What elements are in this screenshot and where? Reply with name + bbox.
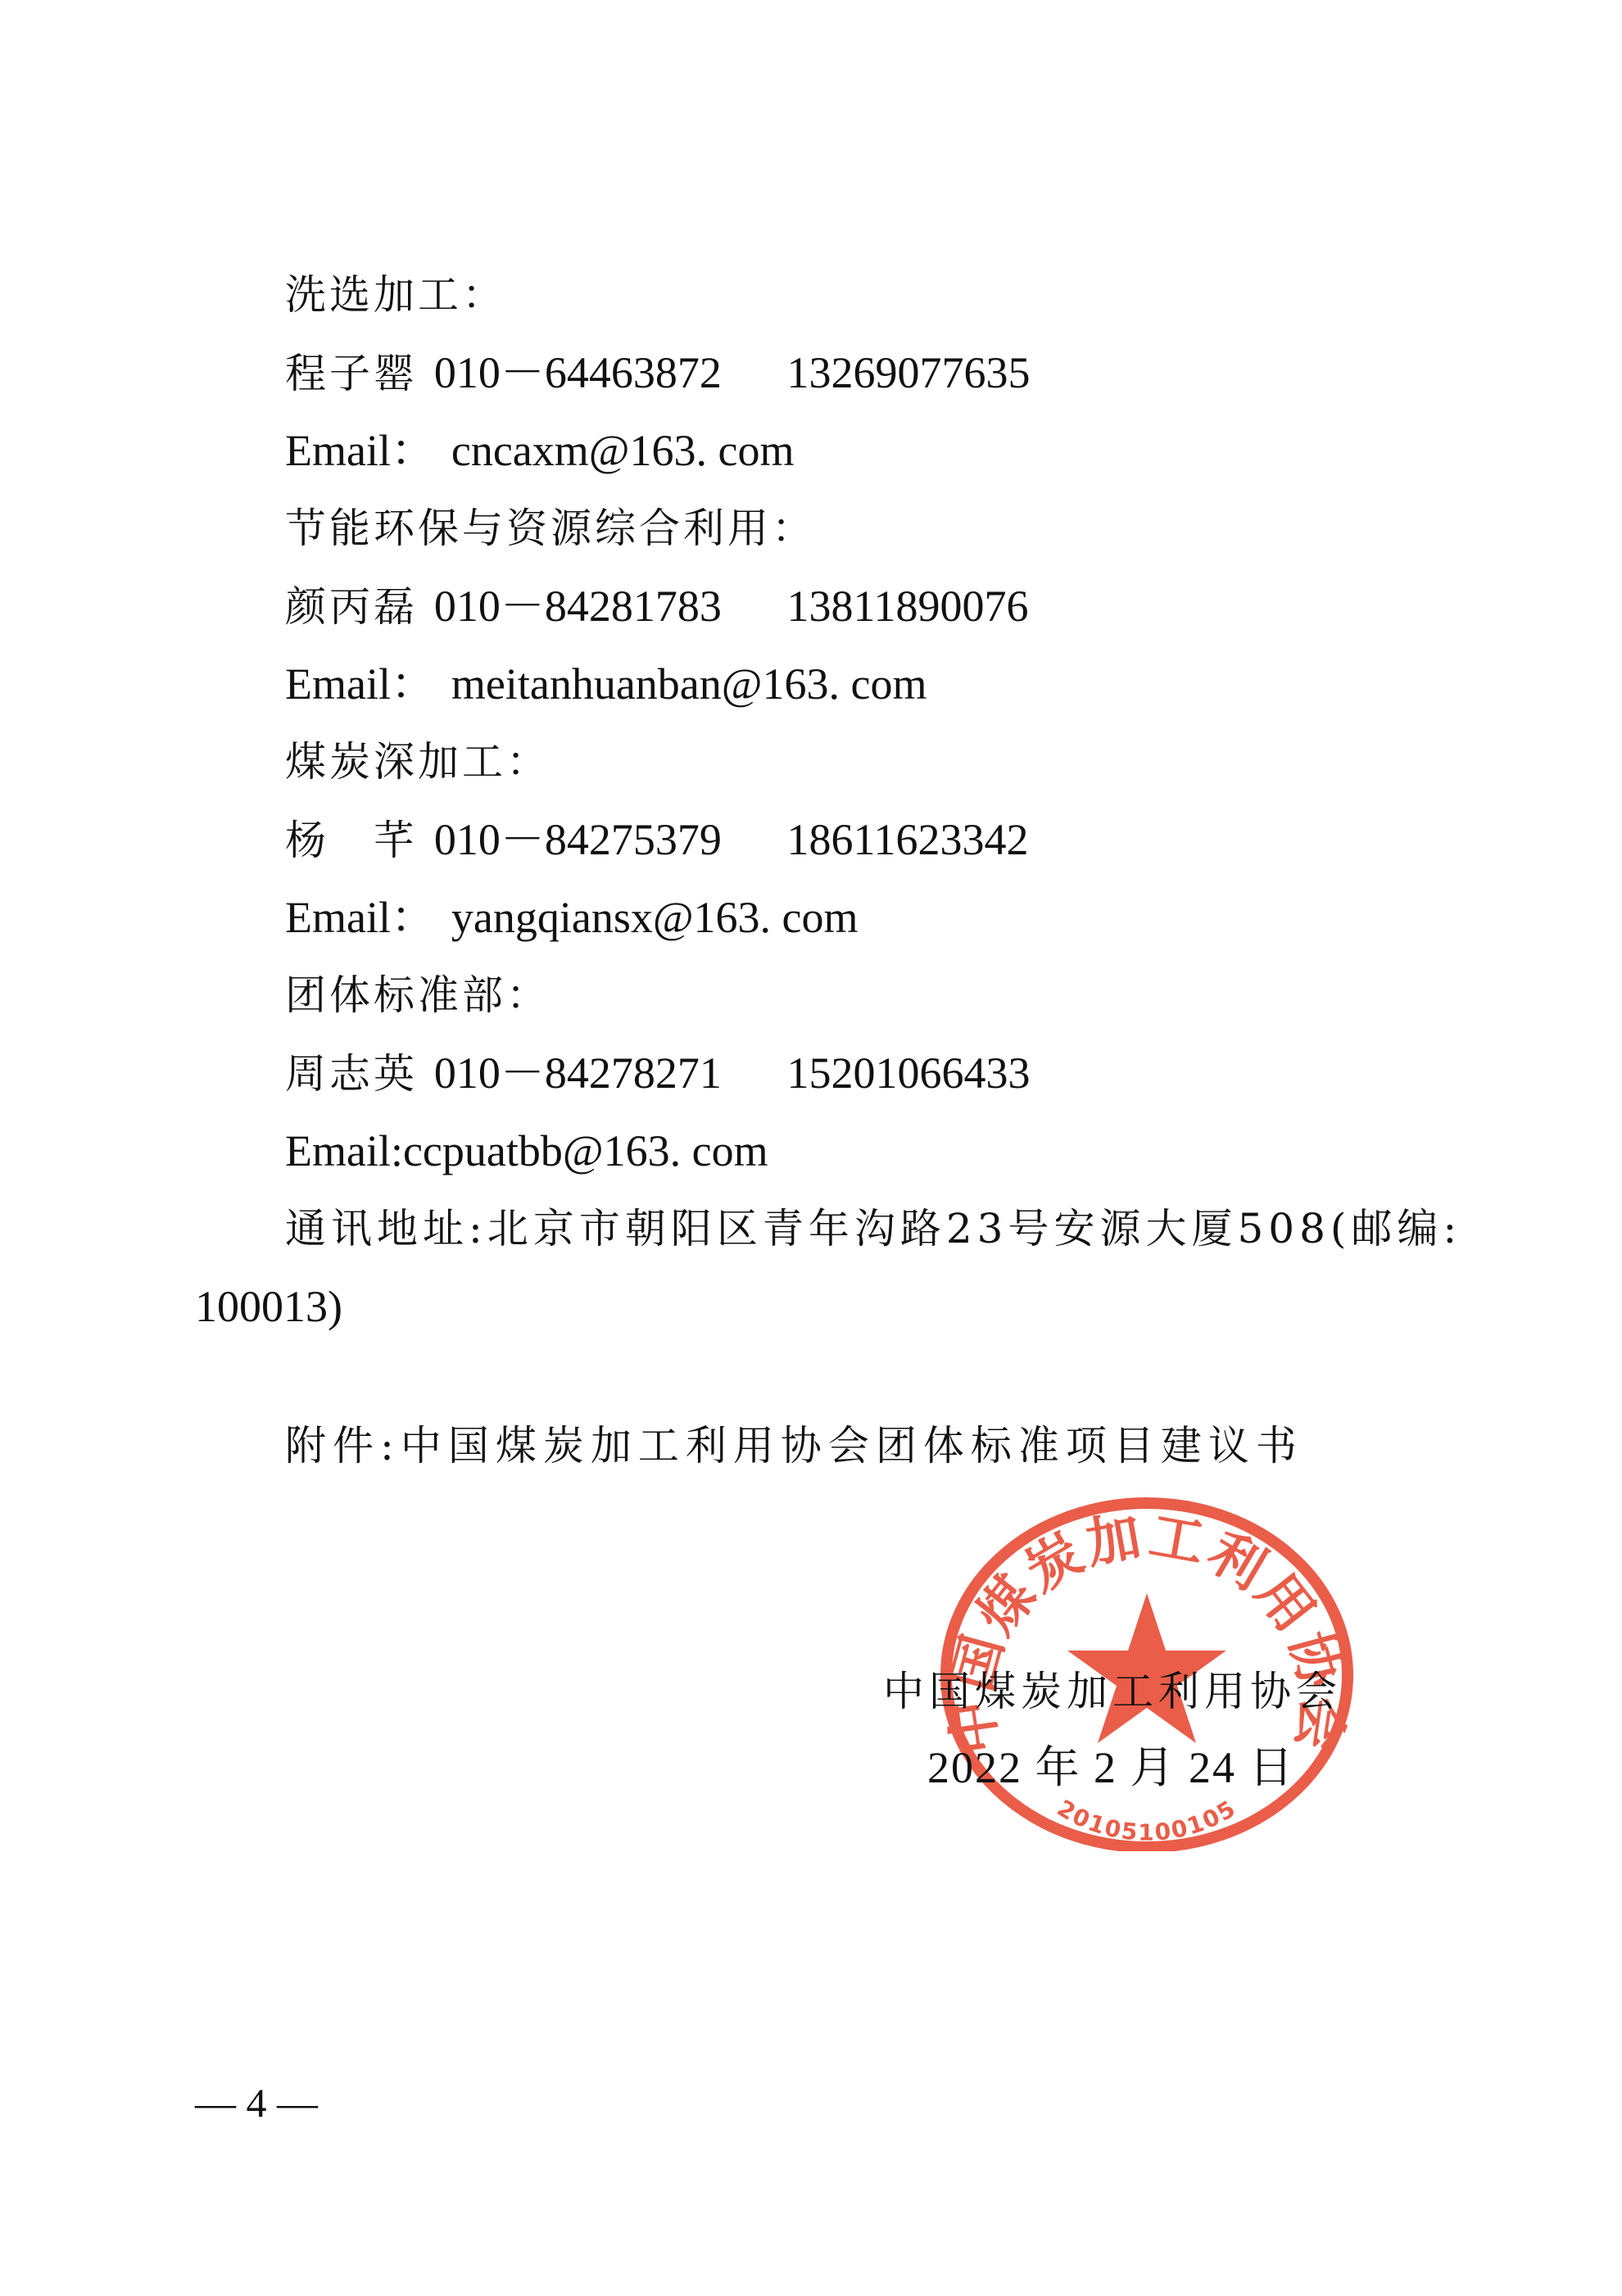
contact-phone: 010－84281783 [434, 582, 722, 631]
email-address: meitanhuanban@163. com [451, 659, 927, 709]
postal-code: 100013) [195, 1282, 342, 1331]
department-heading: 洗选加工： [285, 270, 506, 319]
email-address: cncaxm@163. com [451, 426, 795, 475]
email-label: Email： [285, 659, 435, 709]
department-heading: 团体标准部： [285, 971, 550, 1020]
email-label: Email： [285, 426, 435, 475]
email-line: Email:ccpuatbb@163. com [285, 1126, 768, 1176]
contact-mobile: 15201066433 [786, 1048, 1030, 1098]
contact-name: 颜丙磊 [285, 583, 418, 631]
attachment-line: 附件:中国煤炭加工利用协会团体标准项目建议书 [285, 1421, 1303, 1470]
contact-mobile: 13269077635 [786, 348, 1030, 397]
contact-line: 颜丙磊 010－84281783 13811890076 [285, 582, 1028, 632]
signing-date: 2022 年 2 月 24 日 [927, 1743, 1295, 1792]
email-line: Email： meitanhuanban@163. com [285, 659, 927, 709]
contact-line: 周志英 010－84278271 15201066433 [285, 1048, 1030, 1098]
contact-mobile: 13811890076 [786, 582, 1028, 631]
email-line: Email： yangqiansx@163. com [285, 893, 859, 943]
email-line: Email： cncaxm@163. com [285, 426, 794, 476]
contact-mobile: 18611623342 [786, 815, 1028, 864]
page-number: — 4 — [195, 2079, 318, 2126]
contact-line: 杨 芊 010－84275379 18611623342 [285, 815, 1028, 865]
department-heading: 节能环保与资源综合利用： [285, 504, 816, 553]
email-label: Email: [285, 1126, 403, 1175]
mailing-address: 通讯地址:北京市朝阳区青年沟路23号安源大厦508(邮编: [285, 1204, 1461, 1253]
contact-phone: 010－84275379 [434, 815, 722, 864]
contact-name: 程子罂 [285, 350, 418, 397]
contact-line: 程子罂 010－64463872 13269077635 [285, 348, 1030, 398]
contact-phone: 010－64463872 [434, 348, 722, 397]
contact-name: 周志英 [285, 1050, 418, 1098]
email-address: yangqiansx@163. com [451, 893, 859, 942]
signing-organization: 中国煤炭加工利用协会 [883, 1667, 1342, 1716]
email-address: ccpuatbb@163. com [403, 1126, 768, 1175]
contact-name: 杨 芊 [285, 817, 418, 864]
contact-phone: 010－84278271 [434, 1048, 722, 1098]
email-label: Email： [285, 893, 435, 942]
postal-code-line: 100013) [195, 1282, 342, 1332]
department-heading: 煤炭深加工： [285, 737, 550, 786]
